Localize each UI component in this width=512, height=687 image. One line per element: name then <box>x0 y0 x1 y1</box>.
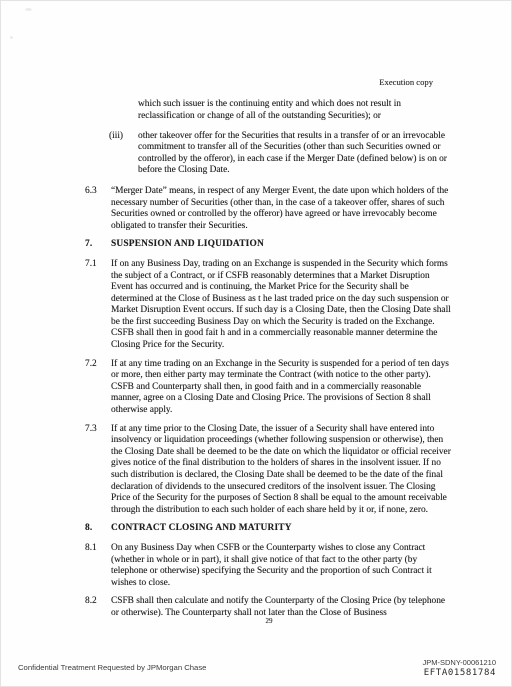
section-number: 7.2 <box>85 359 111 417</box>
section-7-3: 7.3 If at any time prior to the Closing … <box>85 424 453 517</box>
section-8-1: 8.1 On any Business Day when CSFB or the… <box>85 543 453 589</box>
paragraph-text: “Merger Date” means, in respect of any M… <box>111 186 453 232</box>
paragraph-text: If at any time prior to the Closing Date… <box>111 424 453 517</box>
section-number: 8. <box>85 523 111 535</box>
bates-number-jpm: JPM-SDNY-00061210 <box>422 658 496 667</box>
scan-artifact <box>10 36 13 39</box>
section-number: 8.1 <box>85 543 111 589</box>
bates-stamp: JPM-SDNY-00061210 EFTA01581784 <box>422 658 496 678</box>
scan-artifact <box>25 8 32 11</box>
list-item-iii: (iii) other takeover offer for the Secur… <box>109 131 453 177</box>
paragraph-text: On any Business Day when CSFB or the Cou… <box>111 543 453 589</box>
list-item-text: other takeover offer for the Securities … <box>138 131 453 177</box>
section-number: 7.3 <box>85 424 111 517</box>
document-body: which such issuer is the continuing enti… <box>85 90 453 627</box>
paragraph-text: CSFB shall then calculate and notify the… <box>111 596 453 619</box>
paragraph-text: If at any time trading on an Exchange in… <box>111 359 453 417</box>
section-number: 6.3 <box>85 186 111 232</box>
section-7-1: 7.1 If on any Business Day, trading on a… <box>85 259 453 352</box>
heading-text: SUSPENSION AND LIQUIDATION <box>111 239 453 251</box>
section-7-2: 7.2 If at any time trading on an Exchang… <box>85 359 453 417</box>
heading-text: CONTRACT CLOSING AND MATURITY <box>111 523 453 535</box>
section-7-heading: 7. SUSPENSION AND LIQUIDATION <box>85 239 453 251</box>
list-marker: (iii) <box>109 131 138 177</box>
section-6-3: 6.3 “Merger Date” means, in respect of a… <box>85 186 453 232</box>
confidential-treatment-stamp: Confidential Treatment Requested by JPMo… <box>18 663 206 672</box>
execution-copy-label: Execution copy <box>379 77 433 87</box>
paragraph-continuation: which such issuer is the continuing enti… <box>138 99 448 122</box>
section-number: 7.1 <box>85 259 111 352</box>
bates-number-efta: EFTA01581784 <box>422 668 496 678</box>
section-number: 8.2 <box>85 596 111 619</box>
paragraph-text: If on any Business Day, trading on an Ex… <box>111 259 453 352</box>
section-8-heading: 8. CONTRACT CLOSING AND MATURITY <box>85 523 453 535</box>
section-number: 7. <box>85 239 111 251</box>
scanned-document-page: Execution copy which such issuer is the … <box>0 0 512 687</box>
